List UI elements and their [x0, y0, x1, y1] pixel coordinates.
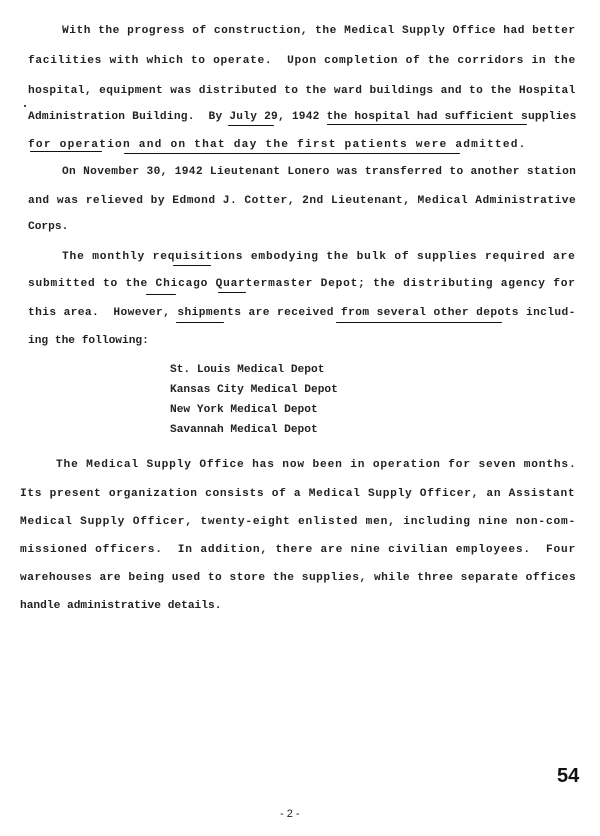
underline-hospital-sufficient-supplies: [327, 124, 527, 125]
underline-requisitions: [173, 265, 211, 266]
paragraph-4-line-2: Its present organization consists of a M…: [20, 487, 575, 501]
paragraph-4-line-6: handle administrative details.: [20, 599, 221, 613]
document-page: With the progress of construction, the M…: [0, 0, 600, 836]
paragraph-2-line-2: and was relieved by Edmond J. Cotter, 2n…: [28, 194, 576, 208]
underline-from-several-other-depots: [336, 322, 502, 323]
paragraph-3-line-3: this area. However, shipments are receiv…: [28, 306, 576, 320]
paragraph-1-line-5: for operation and on that day the first …: [28, 138, 527, 152]
depot-list-item: St. Louis Medical Depot: [170, 363, 324, 377]
stamped-page-number: 54: [557, 765, 579, 788]
paragraph-1-line-4: Administration Building. By July 29, 194…: [28, 110, 577, 124]
paragraph-1-line-2: facilities with which to operate. Upon c…: [28, 54, 576, 68]
paragraph-2-line-1: On November 30, 1942 Lieutenant Lonero w…: [62, 165, 576, 179]
depot-list-item: Kansas City Medical Depot: [170, 383, 338, 397]
ink-mark: [24, 105, 26, 107]
paragraph-3-line-2: submitted to the Chicago Quartermaster D…: [28, 277, 576, 291]
underline-for-operation: [30, 151, 102, 152]
paragraph-4-line-5: warehouses are being used to store the s…: [20, 571, 576, 585]
underline-quartermaster: [218, 292, 246, 293]
paragraph-1-line-1: With the progress of construction, the M…: [62, 24, 576, 38]
underline-first-patients-admitted: [124, 153, 460, 154]
paragraph-4-line-3: Medical Supply Officer, twenty-eight enl…: [20, 515, 576, 529]
paragraph-1-line-3: hospital, equipment was distributed to t…: [28, 84, 576, 98]
underline-chicago: [146, 294, 176, 295]
paragraph-4-line-4: missioned officers. In addition, there a…: [20, 543, 576, 557]
depot-list-item: New York Medical Depot: [170, 403, 318, 417]
paragraph-3-line-1: The monthly requisitions embodying the b…: [62, 250, 576, 264]
paragraph-2-line-3: Corps.: [28, 220, 68, 234]
underline-july-29: [228, 125, 274, 126]
underline-shipments: [176, 322, 224, 323]
depot-list-item: Savannah Medical Depot: [170, 423, 318, 437]
paragraph-3-line-4: ing the following:: [28, 334, 149, 348]
paragraph-4-line-1: The Medical Supply Office has now been i…: [56, 458, 577, 472]
page-footer-number: - 2 -: [280, 808, 300, 820]
